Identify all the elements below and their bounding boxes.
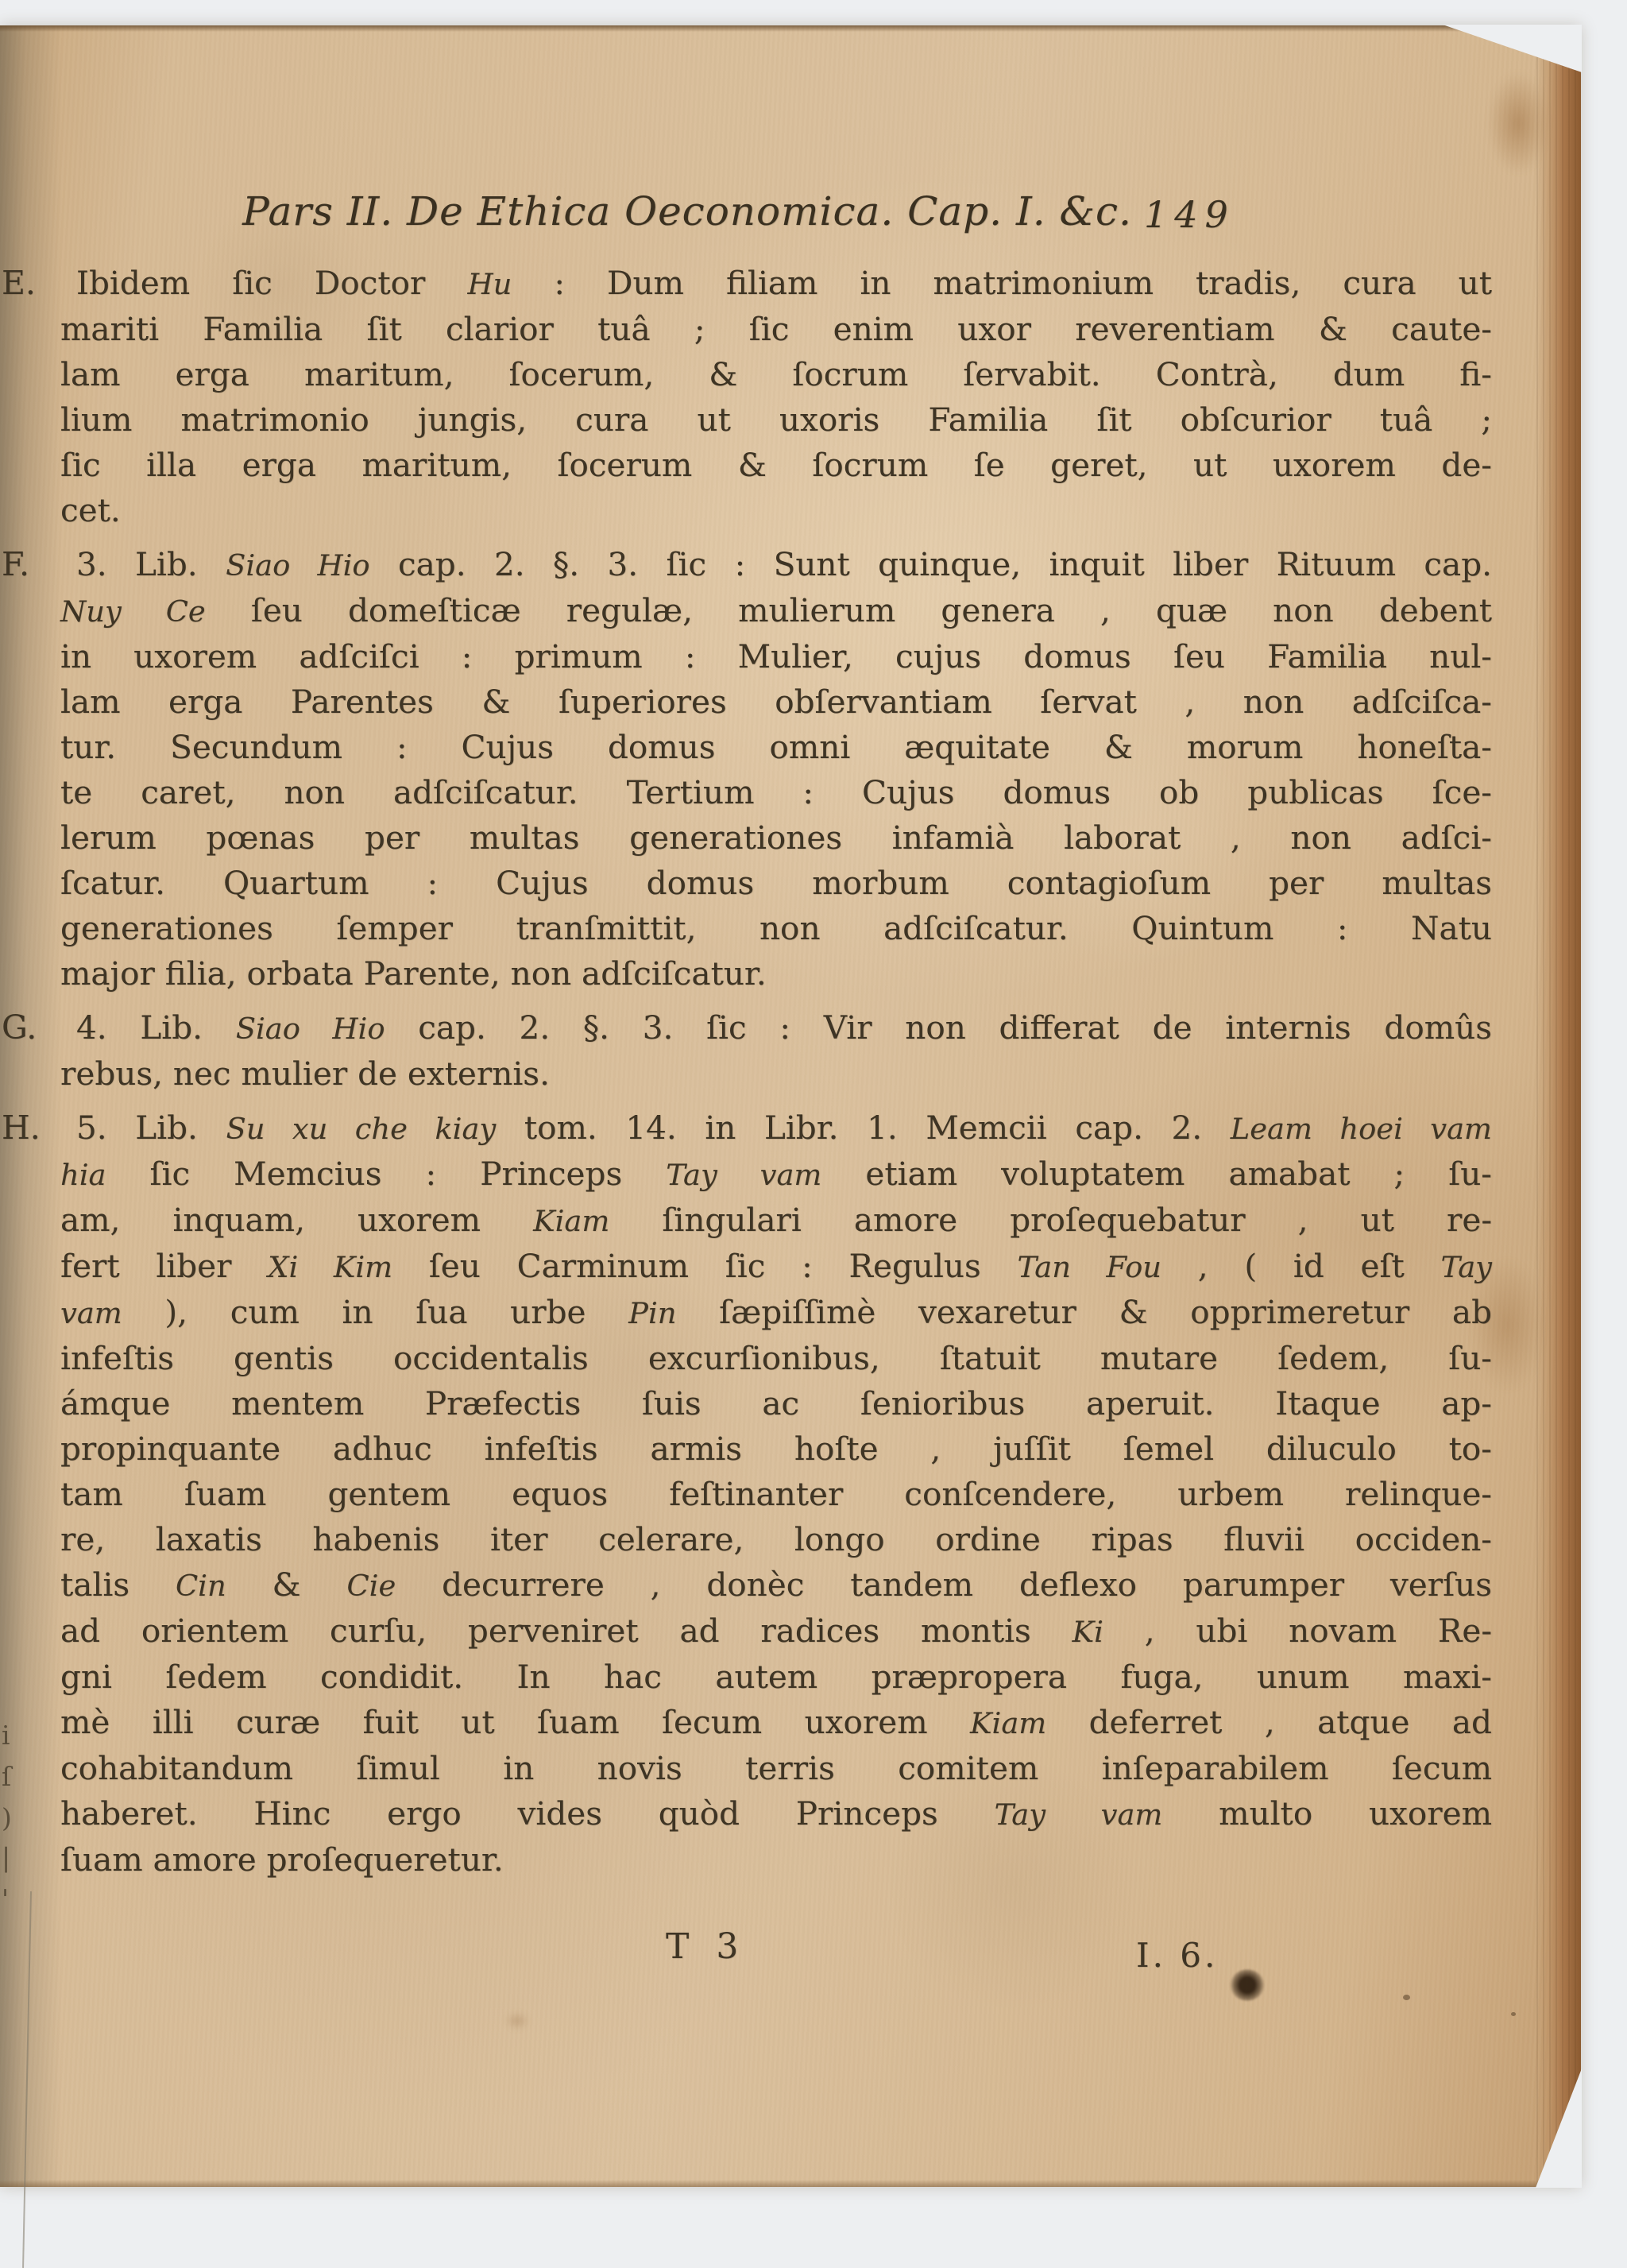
footer-reference: I. 6. — [1136, 1936, 1218, 1975]
margin-fragment: ' — [2, 1883, 9, 1914]
text-segment: haberet. Hinc ergo vides quòd Princeps — [60, 1794, 995, 1833]
text-line: 5. Lib. Su xu che kiay tom. 14. in Libr.… — [60, 1105, 1492, 1151]
text-line: ámque mentem Præfectis ſuis ac ſenioribu… — [60, 1381, 1492, 1426]
text-segment: etiam voluptatem amabat ; ſu- — [821, 1155, 1492, 1193]
text-line: in uxorem adſciſci : primum : Mulier, cu… — [60, 634, 1492, 679]
text-segment: gni ſedem condidit. In hac autem præprop… — [60, 1658, 1492, 1696]
text-segment: infeſtis gentis occidentalis excurſionib… — [60, 1339, 1492, 1377]
text-line: am, inquam, uxorem Kiam ſingulari amore … — [60, 1198, 1492, 1244]
text-line: ſuam amore proſequeretur. — [60, 1837, 1492, 1883]
text-line: 3. Lib. Siao Hio cap. 2. §. 3. ſic : Sun… — [60, 542, 1492, 588]
text-segment: ſeu Carminum ſic : Regulus — [392, 1247, 1017, 1285]
italic-term: Cie — [346, 1569, 396, 1603]
foxing-spot — [505, 2012, 529, 2030]
text-line: talis Cin & Cie decurrere , donèc tandem… — [60, 1562, 1492, 1608]
text-segment: generationes ſemper tranſmittit, non adſ… — [60, 909, 1492, 947]
page-corner-cut — [1443, 25, 1582, 72]
margin-fragment: | — [2, 1842, 10, 1873]
ink-blot — [1230, 1969, 1265, 2001]
body-paragraphs: E.Ibidem ſic Doctor Hu : Dum filiam in m… — [60, 261, 1492, 1883]
text-line: generationes ſemper tranſmittit, non adſ… — [60, 906, 1492, 951]
text-segment: tom. 14. in Libr. 1. Memcii cap. 2. — [496, 1109, 1231, 1147]
paper-stain — [1487, 72, 1549, 175]
text-line: tur. Secundum : Cujus domus omni æquitat… — [60, 725, 1492, 770]
text-line: te caret, non adſciſcatur. Tertium : Cuj… — [60, 770, 1492, 815]
gathering-signature: T 3 — [666, 1926, 746, 1967]
text-segment: Ibidem ſic Doctor — [76, 264, 467, 302]
text-line: ſcatur. Quartum : Cujus domus morbum con… — [60, 861, 1492, 906]
text-line: hia ſic Memcius : Princeps Tay vam etiam… — [60, 1151, 1492, 1198]
text-line: gni ſedem condidit. In hac autem præprop… — [60, 1655, 1492, 1700]
text-segment: cet. — [60, 491, 121, 529]
text-segment: rebus, nec mulier de externis. — [60, 1055, 550, 1093]
text-segment: ſeu domeſticæ regulæ, mulierum genera , … — [206, 591, 1492, 629]
text-segment: mariti Familia ſit clarior tuâ ; ſic eni… — [60, 310, 1492, 348]
text-line: haberet. Hinc ergo vides quòd Princeps T… — [60, 1791, 1492, 1837]
italic-term: vam — [60, 1296, 122, 1330]
scanned-book-page: Pars II. De Ethica Oeconomica. Cap. I. &… — [0, 0, 1627, 2268]
text-segment: ſcatur. Quartum : Cujus domus morbum con… — [60, 864, 1492, 902]
text-line: mariti Familia ſit clarior tuâ ; ſic eni… — [60, 307, 1492, 352]
italic-term: Cin — [176, 1569, 226, 1603]
page-title: Pars II. De Ethica Oeconomica. Cap. I. &… — [135, 188, 1239, 234]
ink-speck — [1511, 2012, 1516, 2016]
italic-term: Siao Hio — [226, 548, 370, 582]
text-segment: in uxorem adſciſci : primum : Mulier, cu… — [60, 637, 1492, 675]
text-line: Nuy Ce ſeu domeſticæ regulæ, mulierum ge… — [60, 588, 1492, 634]
book-fore-edge — [1536, 25, 1581, 2187]
italic-term: Kiam — [970, 1706, 1046, 1740]
text-segment: tur. Secundum : Cujus domus omni æquitat… — [60, 728, 1492, 766]
text-line: mè illi curæ fuit ut ſuam ſecum uxorem K… — [60, 1700, 1492, 1746]
text-line: cohabitandum ſimul in novis terris comit… — [60, 1746, 1492, 1791]
paragraph: H.5. Lib. Su xu che kiay tom. 14. in Lib… — [60, 1105, 1492, 1883]
ink-speck — [1403, 1995, 1410, 2000]
italic-term: Tan Fou — [1018, 1250, 1161, 1284]
page-bottom-edge — [0, 2180, 1581, 2187]
text-line: lium matrimonio jungis, cura ut uxoris F… — [60, 397, 1492, 443]
italic-term: Hu — [467, 267, 512, 301]
text-line: cet. — [60, 488, 1492, 533]
text-segment: ſic illa erga maritum, ſocerum & ſocrum … — [60, 446, 1492, 484]
text-segment: major filia, orbata Parente, non adſciſc… — [60, 954, 767, 993]
text-segment: , ( id eſt — [1161, 1247, 1440, 1285]
text-segment: lerum pœnas per multas generationes infa… — [60, 819, 1492, 857]
text-segment: 5. Lib. — [76, 1109, 226, 1147]
text-segment: talis — [60, 1566, 176, 1604]
text-segment: lam erga Parentes & ſuperiores obſervant… — [60, 683, 1492, 721]
italic-term: Tay vam — [666, 1158, 821, 1192]
text-segment: 3. Lib. — [76, 545, 226, 583]
text-segment: cohabitandum ſimul in novis terris comit… — [60, 1749, 1492, 1787]
paragraph: G.4. Lib. Siao Hio cap. 2. §. 3. ſic : V… — [60, 1005, 1492, 1097]
text-segment: ), cum in ſua urbe — [122, 1293, 628, 1331]
text-line: ſic illa erga maritum, ſocerum & ſocrum … — [60, 443, 1492, 488]
text-segment: : Dum filiam in matrimonium tradis, cura… — [512, 264, 1492, 302]
text-segment: propinquante adhuc infeſtis armis hoſte … — [60, 1430, 1492, 1468]
text-line: vam ), cum in ſua urbe Pin ſæpiſſimè vex… — [60, 1290, 1492, 1336]
paragraph-letter: E. — [2, 261, 57, 306]
page-top-edge — [0, 25, 1517, 32]
text-line: 4. Lib. Siao Hio cap. 2. §. 3. ſic : Vir… — [60, 1005, 1492, 1051]
italic-term: Leam hoei vam — [1231, 1112, 1492, 1146]
text-segment: ſuam amore proſequeretur. — [60, 1840, 504, 1879]
italic-term: hia — [60, 1158, 106, 1192]
text-line: ad orientem curſu, perveniret ad radices… — [60, 1608, 1492, 1655]
text-segment: ſæpiſſimè vexaretur & opprimeretur ab — [676, 1293, 1492, 1331]
text-line: tam ſuam gentem equos feſtinanter conſce… — [60, 1472, 1492, 1517]
text-line: infeſtis gentis occidentalis excurſionib… — [60, 1336, 1492, 1381]
italic-term: Siao Hio — [236, 1012, 385, 1046]
paragraph: F.3. Lib. Siao Hio cap. 2. §. 3. ſic : S… — [60, 542, 1492, 997]
paragraph: E.Ibidem ſic Doctor Hu : Dum filiam in m… — [60, 261, 1492, 533]
text-line: lerum pœnas per multas generationes infa… — [60, 815, 1492, 861]
italic-term: Kiam — [533, 1204, 609, 1238]
text-segment: , ubi novam Re- — [1103, 1612, 1492, 1650]
text-line: fert liber Xi Kim ſeu Carminum ſic : Reg… — [60, 1244, 1492, 1290]
page-number: 149 — [1144, 193, 1235, 236]
italic-term: Tay — [1440, 1250, 1492, 1284]
text-segment: & — [226, 1566, 347, 1604]
text-line: re, laxatis habenis iter celerare, longo… — [60, 1517, 1492, 1562]
text-segment: ſic Memcius : Princeps — [106, 1155, 666, 1193]
text-segment: cap. 2. §. 3. ſic : Vir non differat de … — [385, 1008, 1492, 1047]
text-line: major filia, orbata Parente, non adſciſc… — [60, 951, 1492, 997]
margin-fragment: ſ — [2, 1761, 11, 1792]
text-segment: re, laxatis habenis iter celerare, longo… — [60, 1520, 1492, 1558]
italic-term: Tay vam — [995, 1798, 1163, 1832]
italic-term: Ki — [1072, 1615, 1103, 1649]
text-segment: decurrere , donèc tandem deflexo parumpe… — [396, 1566, 1492, 1604]
italic-term: Xi Kim — [268, 1250, 392, 1284]
text-segment: fert liber — [60, 1247, 268, 1285]
text-line: Ibidem ſic Doctor Hu : Dum filiam in mat… — [60, 261, 1492, 307]
text-segment: deferret , atque ad — [1046, 1703, 1492, 1741]
margin-fragment: ) — [2, 1802, 12, 1833]
text-line: lam erga maritum, ſocerum, & ſocrum ſerv… — [60, 352, 1492, 397]
italic-term: Pin — [628, 1296, 676, 1330]
italic-term: Su xu che kiay — [226, 1112, 496, 1146]
text-segment: 4. Lib. — [76, 1008, 236, 1047]
text-segment: lam erga maritum, ſocerum, & ſocrum ſerv… — [60, 355, 1492, 393]
text-segment: ámque mentem Præfectis ſuis ac ſenioribu… — [60, 1384, 1492, 1422]
text-segment: cap. 2. §. 3. ſic : Sunt quinque, inquit… — [370, 545, 1492, 583]
paragraph-letter: H. — [2, 1105, 57, 1151]
page-sheet: Pars II. De Ethica Oeconomica. Cap. I. &… — [0, 25, 1581, 2187]
margin-fragment: i — [2, 1720, 10, 1751]
text-segment: am, inquam, uxorem — [60, 1201, 533, 1239]
paragraph-letter: G. — [2, 1005, 57, 1051]
text-line: propinquante adhuc infeſtis armis hoſte … — [60, 1426, 1492, 1472]
text-segment: lium matrimonio jungis, cura ut uxoris F… — [60, 401, 1492, 439]
running-header: Pars II. De Ethica Oeconomica. Cap. I. &… — [0, 188, 1581, 252]
text-segment: ad orientem curſu, perveniret ad radices… — [60, 1612, 1072, 1650]
text-segment: multo uxorem — [1162, 1794, 1492, 1833]
paragraph-letter: F. — [2, 542, 57, 587]
text-segment: ſingulari amore proſequebatur , ut re- — [609, 1201, 1492, 1239]
text-segment: tam ſuam gentem equos feſtinanter conſce… — [60, 1475, 1492, 1513]
text-segment: mè illi curæ fuit ut ſuam ſecum uxorem — [60, 1703, 970, 1741]
italic-term: Nuy Ce — [60, 594, 206, 629]
text-line: lam erga Parentes & ſuperiores obſervant… — [60, 679, 1492, 725]
text-segment: te caret, non adſciſcatur. Tertium : Cuj… — [60, 773, 1492, 811]
text-line: rebus, nec mulier de externis. — [60, 1051, 1492, 1097]
